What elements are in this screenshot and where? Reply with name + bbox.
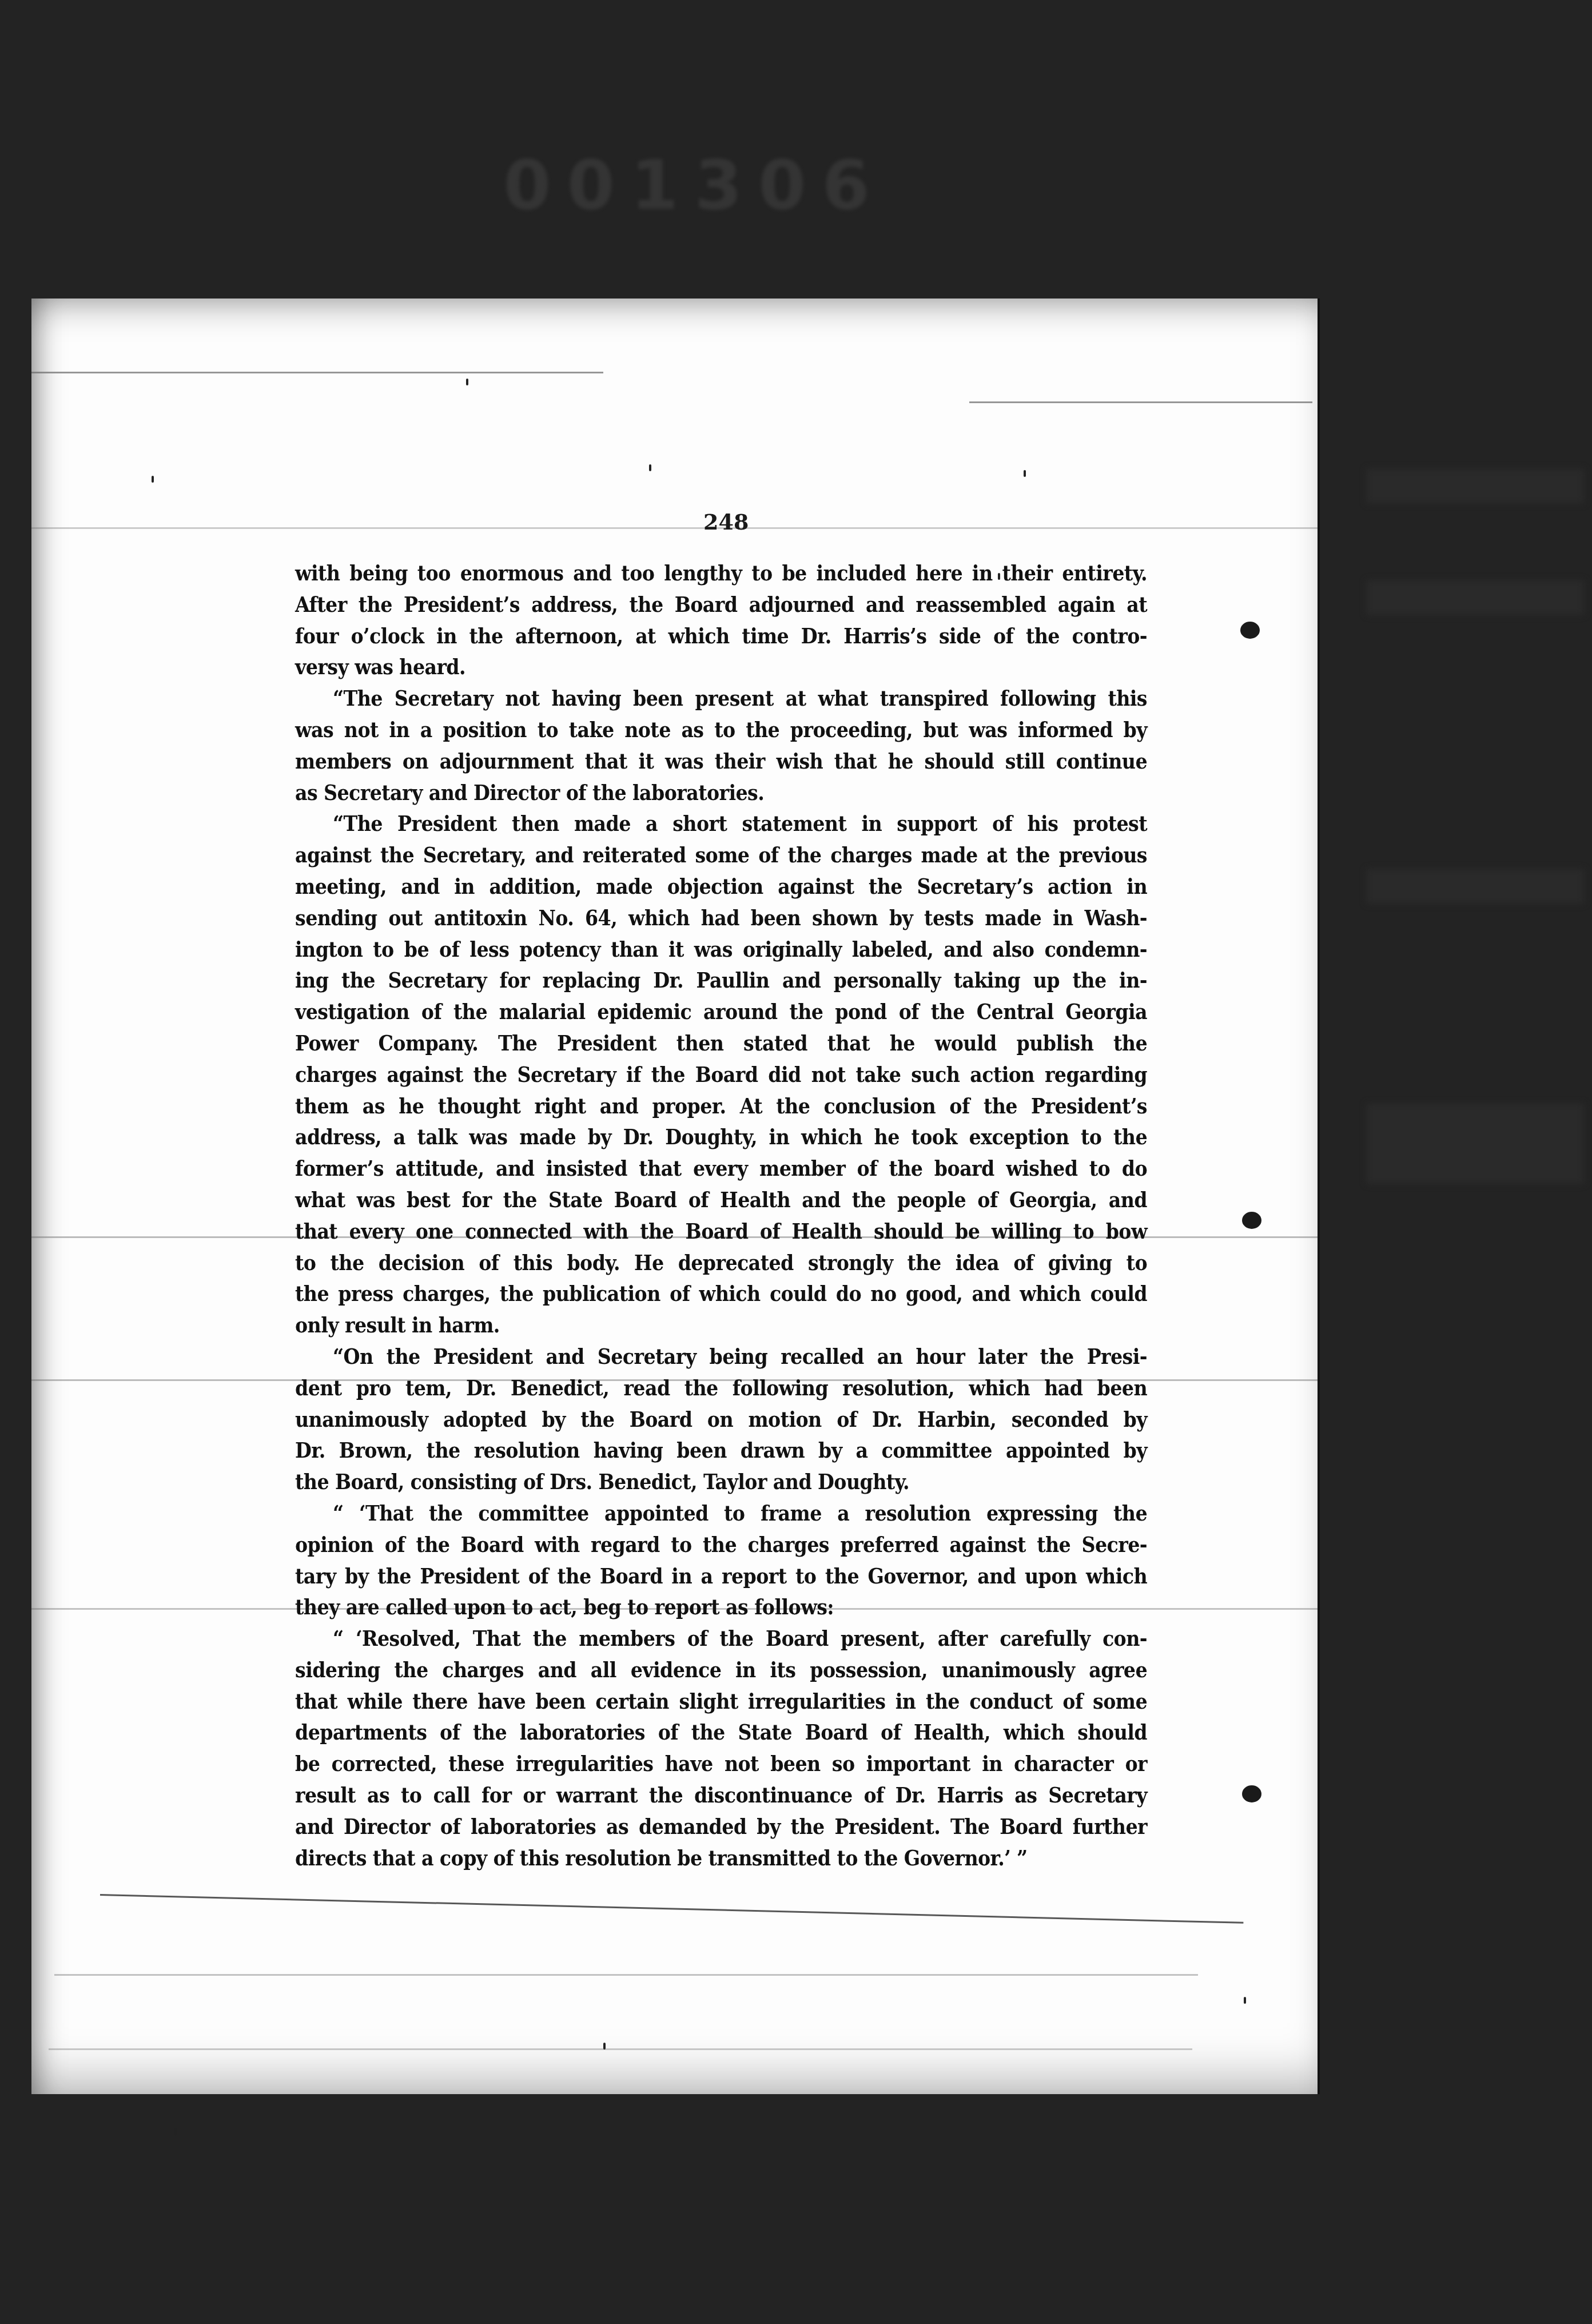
text-line: with being too enormous and too lengthy … xyxy=(295,558,1147,589)
text-line: result as to call for or warrant the dis… xyxy=(295,1780,1147,1811)
text-line: “ ‘Resolved, That the members of the Boa… xyxy=(295,1623,1147,1654)
text-line: “The Secretary not having been present a… xyxy=(295,683,1147,714)
text-line: that every one connected with the Board … xyxy=(295,1216,1147,1247)
scan-rule-line xyxy=(54,1974,1198,1976)
text-line: be corrected, these irregularities have … xyxy=(295,1748,1147,1780)
text-line: versy was heard. xyxy=(295,651,1147,683)
paragraph: “ ‘That the committee appointed to frame… xyxy=(295,1498,1147,1623)
text-line: the press charges, the publication of wh… xyxy=(295,1278,1147,1310)
paragraph: “The Secretary not having been present a… xyxy=(295,683,1147,808)
text-line: unanimously adopted by the Board on moti… xyxy=(295,1404,1147,1435)
text-line: that while there have been certain sligh… xyxy=(295,1686,1147,1717)
text-line: Power Company. The President then stated… xyxy=(295,1028,1147,1059)
paragraph: “The President then made a short stateme… xyxy=(295,808,1147,1341)
text-line: tary by the President of the Board in a … xyxy=(295,1561,1147,1592)
scan-speck xyxy=(603,2043,606,2050)
scan-speck xyxy=(466,379,468,385)
scan-rule-line xyxy=(49,2048,1192,2050)
text-line: to the decision of this body. He depreca… xyxy=(295,1247,1147,1279)
document-body: with being too enormous and too lengthy … xyxy=(295,558,1147,1873)
text-line: charges against the Secretary if the Boa… xyxy=(295,1059,1147,1091)
bleed-through-shadow xyxy=(1367,1104,1584,1184)
scan-rule-line xyxy=(969,401,1312,403)
text-line: departments of the laboratories of the S… xyxy=(295,1717,1147,1748)
text-line: vestigation of the malarial epidemic aro… xyxy=(295,996,1147,1028)
scan-rule-line xyxy=(31,372,603,373)
text-line: members on adjournment that it was their… xyxy=(295,746,1147,777)
text-line: sending out antitoxin No. 64, which had … xyxy=(295,902,1147,934)
text-line: directs that a copy of this resolution b… xyxy=(295,1843,1147,1874)
text-line: sidering the charges and all evidence in… xyxy=(295,1654,1147,1686)
text-line: opinion of the Board with regard to the … xyxy=(295,1529,1147,1561)
bleed-through-shadow xyxy=(1367,469,1584,503)
scan-rule-line xyxy=(100,1894,1243,1924)
text-line: “The President then made a short stateme… xyxy=(295,808,1147,839)
text-line: former’s attitude, and insisted that eve… xyxy=(295,1153,1147,1184)
text-line: as Secretary and Director of the laborat… xyxy=(295,777,1147,809)
scan-speck xyxy=(152,476,154,483)
text-line: what was best for the State Board of Hea… xyxy=(295,1184,1147,1216)
scan-speck xyxy=(649,464,651,471)
text-line: against the Secretary, and reiterated so… xyxy=(295,839,1147,871)
text-line: ington to be of less potency than it was… xyxy=(295,934,1147,965)
text-line: address, a talk was made by Dr. Doughty,… xyxy=(295,1121,1147,1153)
scan-speck xyxy=(174,2128,177,2135)
text-line: was not in a position to take note as to… xyxy=(295,714,1147,746)
text-line: and Director of laboratories as demanded… xyxy=(295,1811,1147,1843)
paragraph: “On the President and Secretary being re… xyxy=(295,1341,1147,1498)
scan-rule-line xyxy=(31,527,1318,529)
scan-speck xyxy=(1244,1997,1246,2004)
archive-stamp: 001306 xyxy=(503,146,886,225)
text-line: they are called upon to act, beg to repo… xyxy=(295,1591,1147,1623)
text-line: the Board, consisting of Drs. Benedict, … xyxy=(295,1466,1147,1498)
text-line: only result in harm. xyxy=(295,1310,1147,1341)
punch-hole xyxy=(1240,622,1260,639)
text-line: them as he thought right and proper. At … xyxy=(295,1091,1147,1122)
punch-hole xyxy=(1242,1212,1261,1229)
paragraph: with being too enormous and too lengthy … xyxy=(295,558,1147,683)
page-number: 248 xyxy=(703,509,749,535)
text-line: Dr. Brown, the resolution having been dr… xyxy=(295,1435,1147,1466)
text-line: four o’clock in the afternoon, at which … xyxy=(295,620,1147,652)
text-line: ing the Secretary for replacing Dr. Paul… xyxy=(295,965,1147,996)
text-line: dent pro tem, Dr. Benedict, read the fol… xyxy=(295,1372,1147,1404)
bleed-through-shadow xyxy=(1367,580,1584,615)
punch-hole xyxy=(1242,1785,1261,1802)
bleed-through-shadow xyxy=(1367,869,1584,904)
text-line: meeting, and in addition, made objection… xyxy=(295,871,1147,902)
text-line: “ ‘That the committee appointed to frame… xyxy=(295,1498,1147,1529)
scan-speck xyxy=(1024,470,1026,477)
paragraph: “ ‘Resolved, That the members of the Boa… xyxy=(295,1623,1147,1873)
text-line: “On the President and Secretary being re… xyxy=(295,1341,1147,1372)
text-line: After the President’s address, the Board… xyxy=(295,589,1147,620)
